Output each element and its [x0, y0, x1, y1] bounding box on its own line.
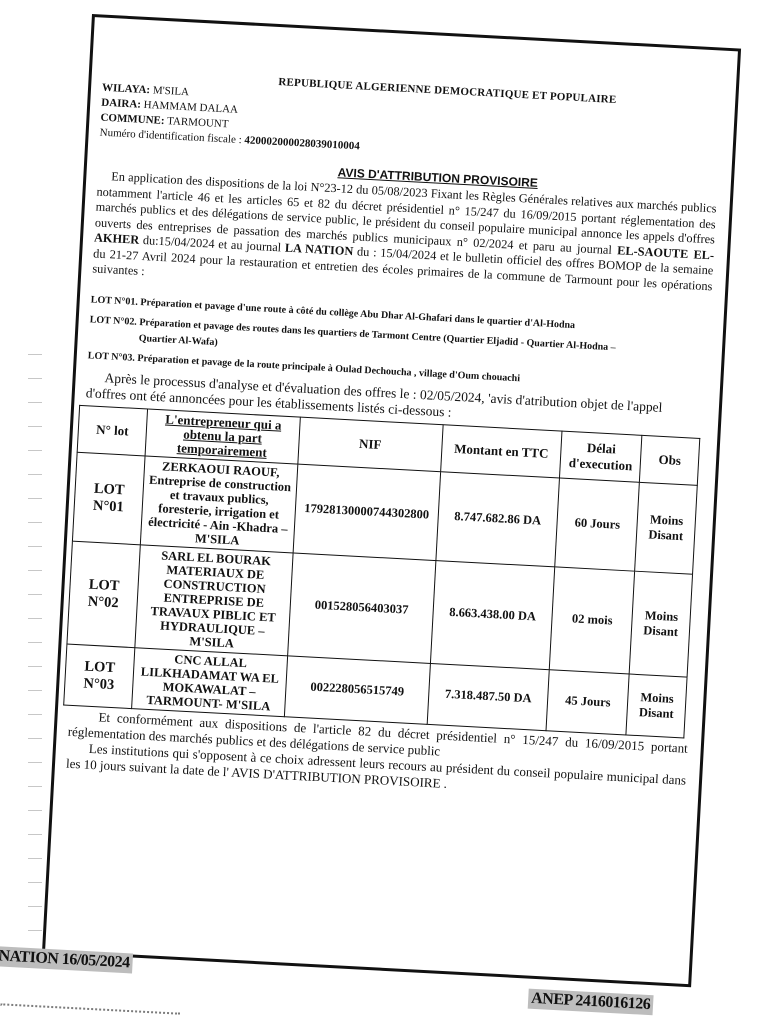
commune-value: TARMOUNT [167, 115, 229, 130]
cell-obs: Moins Disant [635, 482, 697, 574]
scan-margin-marks [28, 340, 42, 940]
cell-montant: 7.318.487.50 DA [427, 663, 549, 730]
cell-nif: 002228056515749 [284, 655, 430, 724]
cell-nif: 17928130000744302800 [293, 464, 441, 560]
cell-obs: Moins Disant [630, 571, 693, 677]
cell-montant: 8.663.438.00 DA [430, 560, 555, 669]
journal-la-nation: LA NATION [285, 241, 354, 259]
cell-obs: Moins Disant [626, 674, 687, 738]
cell-montant: 8.747.682.86 DA [436, 471, 560, 566]
col-obs: Obs [640, 435, 700, 485]
cell-entrepreneur: CNC ALLAL LILKHADAMAT WA EL MOKAWALAT – … [132, 647, 288, 716]
col-lot: N° lot [77, 405, 147, 456]
wilaya-value: M'SILA [153, 84, 190, 98]
col-nif: NIF [298, 417, 443, 472]
notice-content: REPUBLIQUE ALGERIENNE DEMOCRATIQUE ET PO… [66, 67, 723, 804]
anep-reference: ANEP 2416016126 [528, 989, 654, 1016]
col-montant: Montant en TTC [440, 424, 562, 477]
cell-entrepreneur: ZERKAOUI RAOUF, Entreprise de constructi… [140, 455, 297, 552]
cell-nif: 001528056403037 [287, 552, 435, 662]
attribution-table: N° lot L'entrepreneur qui a obtenu la pa… [63, 404, 700, 738]
notice-page: REPUBLIQUE ALGERIENNE DEMOCRATIQUE ET PO… [42, 14, 747, 994]
cell-delai: 45 Jours [546, 669, 629, 734]
col-delai: Délai d'execution [560, 431, 643, 482]
scan-artifact [0, 1003, 180, 1020]
cell-entrepreneur: SARL EL BOURAK MATERIAUX DE CONSTRUCTION… [135, 544, 293, 655]
cell-lot: LOT N°02 [67, 541, 140, 647]
cell-lot: LOT N°01 [72, 452, 145, 544]
cell-delai: 02 mois [549, 566, 635, 673]
cell-delai: 60 Jours [555, 478, 640, 571]
col-entrepreneur: L'entrepreneur qui a obtenu la part temp… [145, 409, 300, 464]
cell-lot: LOT N°03 [64, 644, 135, 709]
